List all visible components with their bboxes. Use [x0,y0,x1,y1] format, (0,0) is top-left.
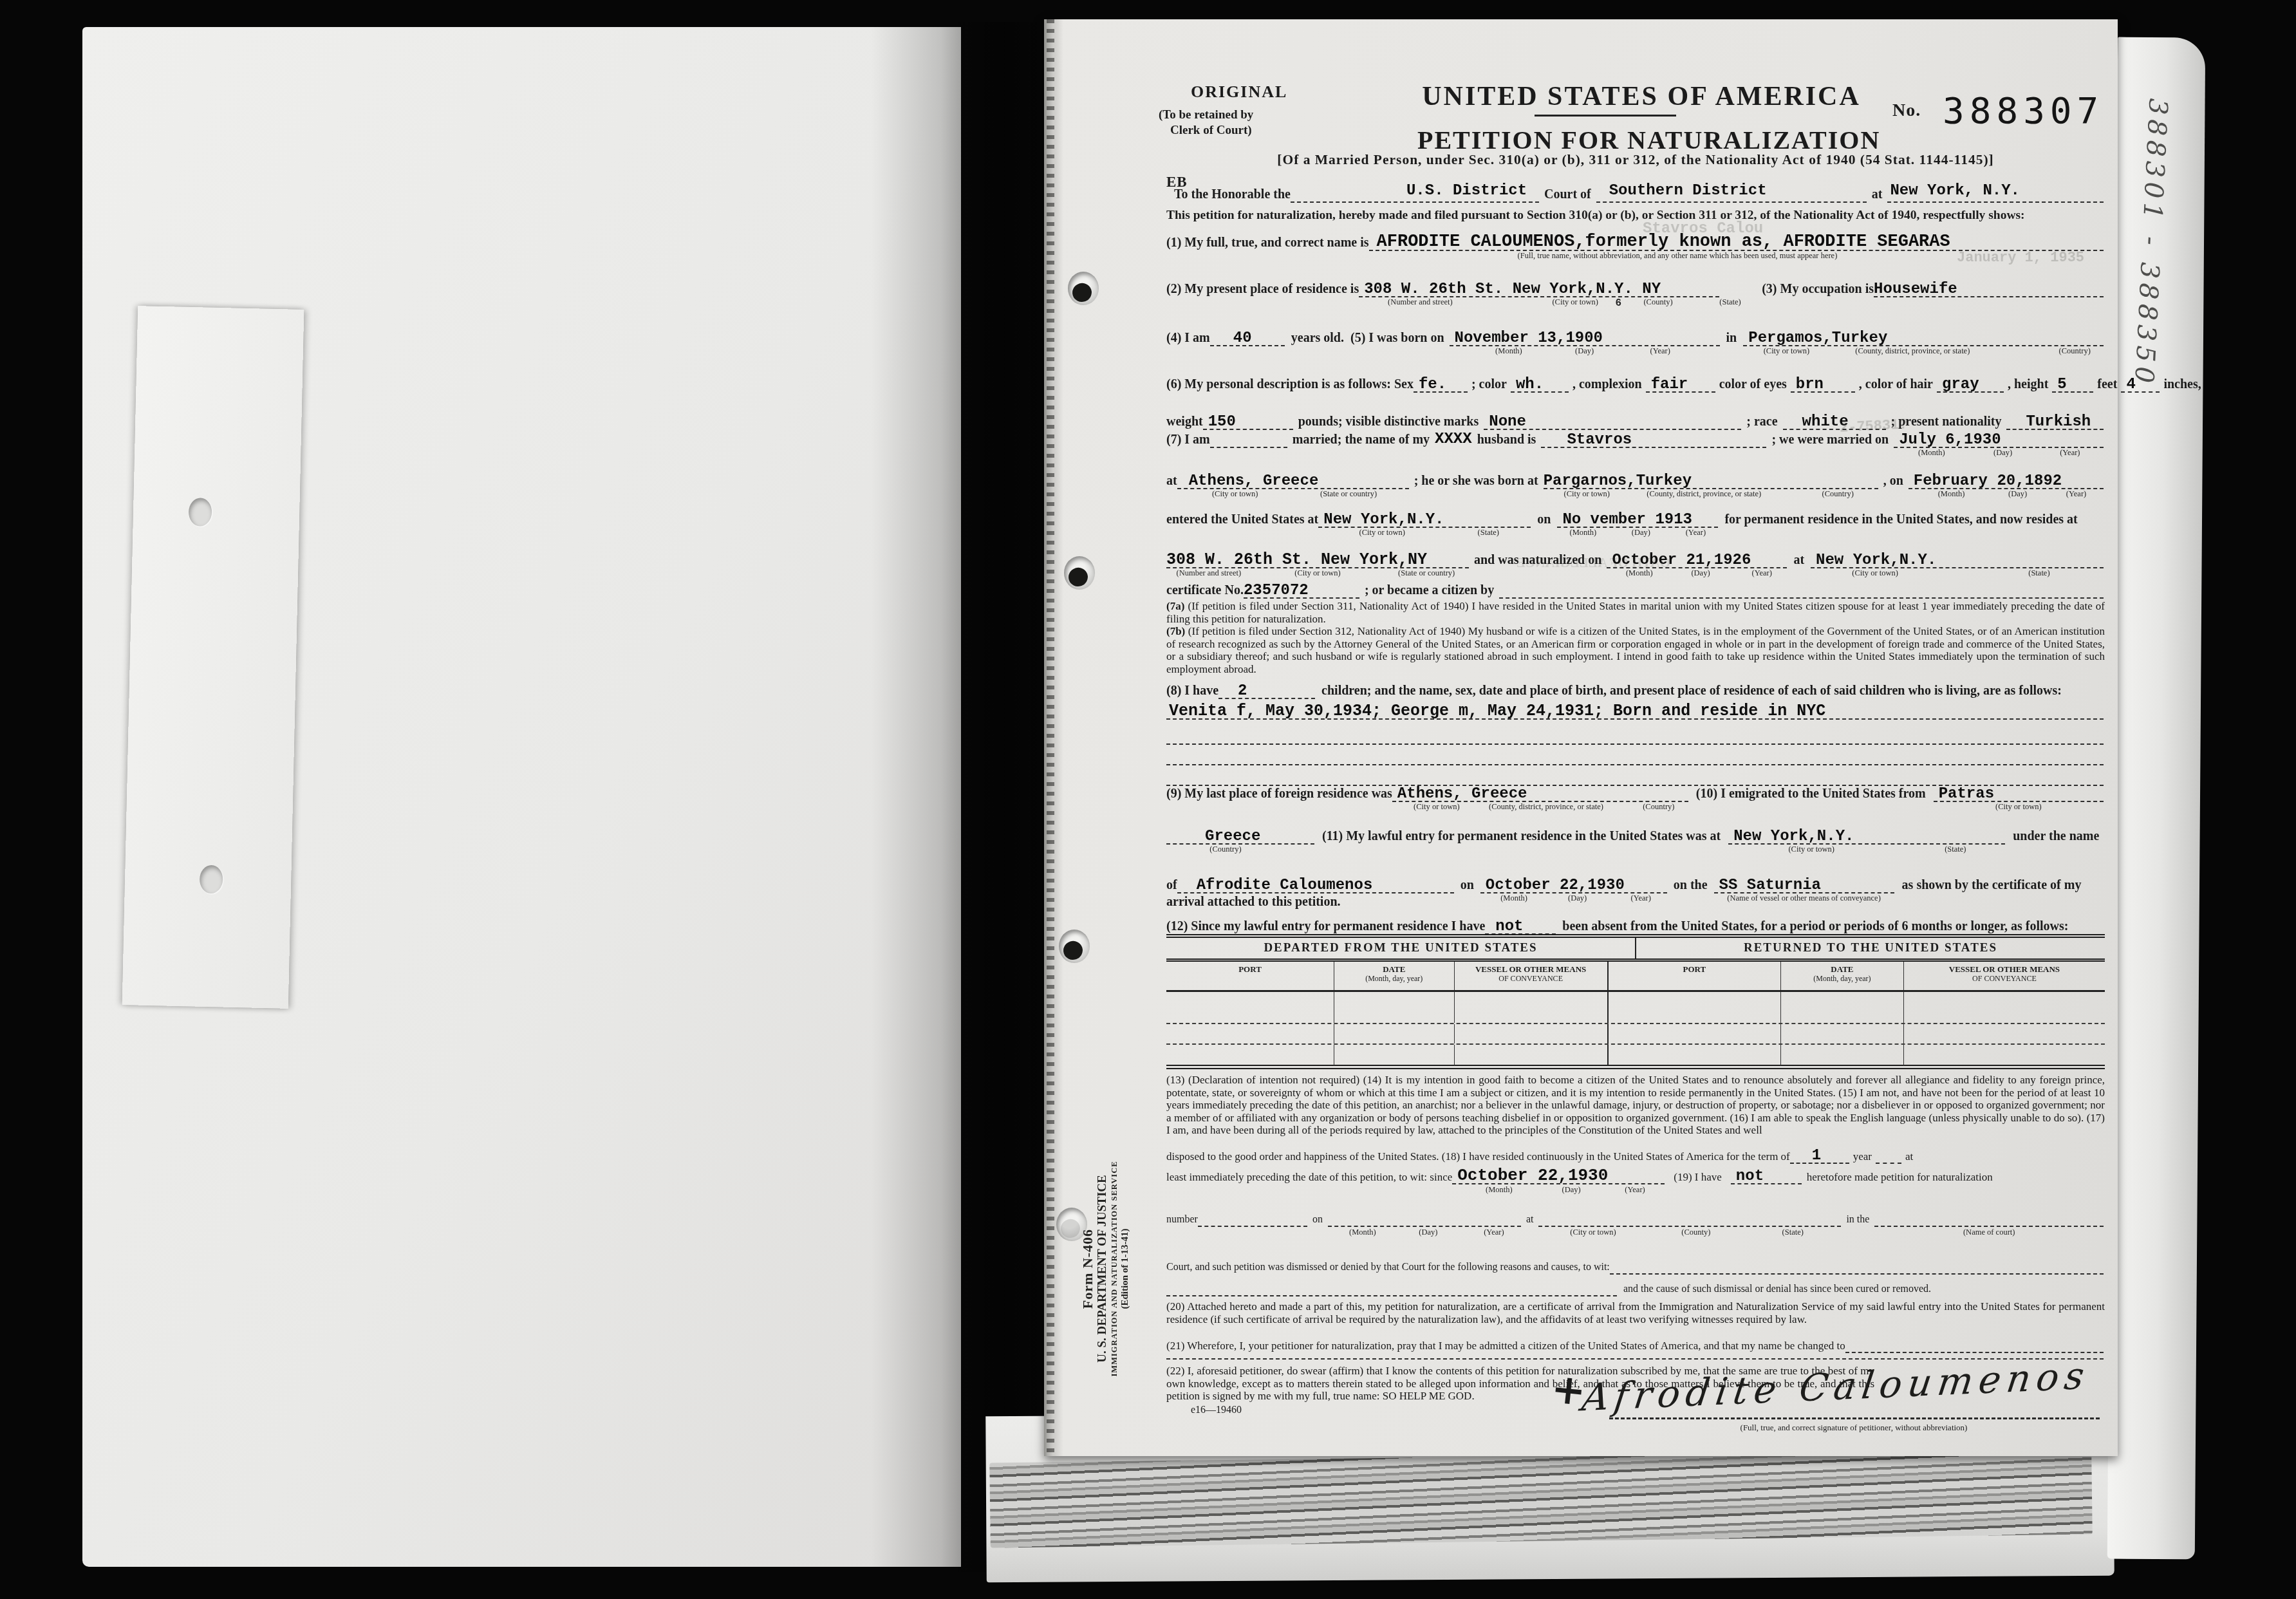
q8-children-line: Venita f, May 30,1934; George m, May 24,… [1166,700,2104,720]
q7a-prefix: (7a) [1166,600,1184,612]
q20-block: (20) Attached hereto and made a part of … [1166,1300,2105,1325]
q5-sub-city: (City or town) [1764,346,1810,356]
print-code: e16—19460 [1191,1405,1242,1416]
q4-age: 40 [1233,330,1252,347]
q9-line: (9) My last place of foreign residence w… [1166,783,2104,802]
petition-number-label: No. [1892,100,1921,121]
q11-vessel-sub: (Name of vessel or other means of convey… [1727,893,1880,903]
petitioner-signature: Afrodite Caloumenos [1580,1354,2093,1420]
col-date-right: DATE(Month, day, year) [1781,962,1904,990]
q7-or-label: ; or became a citizen by [1359,582,1499,599]
retained-note-2: Clerk of Court) [1170,124,1252,138]
q10-country: Greece [1205,828,1260,845]
q7-on2: on [1531,511,1557,528]
q7-at2: at [1787,552,1811,568]
q5-sub-province: (County, district, province, or state) [1855,346,1970,356]
q13-17-block: (13) (Declaration of intention not requi… [1166,1074,2105,1137]
q11-vessel-label: on the [1667,877,1714,893]
q19c-line: Court, and such petition was dismissed o… [1166,1258,2104,1275]
department-name: U. S. DEPARTMENT OF JUSTICE [1096,1147,1110,1390]
court-line: To the Honorable the U.S. District Court… [1166,183,2104,203]
q1-line: (1) My full, true, and correct name is A… [1166,232,2104,251]
q11-line: Greece (Country) (11) My lawful entry fo… [1166,825,2104,845]
q6-sex: fe. [1419,376,1446,393]
q7-mdate-field: July 6,1930 (Month) (Day) (Year) [1894,429,2104,448]
edition-note: (Edition of 1-13-41) [1119,1147,1131,1390]
q7-sub-state1: (State or country) [1320,489,1377,499]
page-title: PETITION FOR NATURALIZATION [1417,125,1868,155]
q12-post: been absent from the United States, for … [1556,918,2068,935]
q9-sub-country: (Country) [1643,802,1674,812]
q6-label: (6) My personal description is as follow… [1166,376,1414,393]
q5-birthplace: Pergamos,Turkey [1748,330,1887,347]
q19b-sub-court: (Name of court) [1963,1228,2015,1237]
q7b-text: (If petition is filed under Section 312,… [1166,625,2105,675]
court-name-field: U.S. District [1291,184,1539,203]
title-rule [1535,115,1676,117]
q7-nat-place: New York,N.Y. [1816,552,1936,569]
q11-post: under the name [2005,828,2099,845]
q18b-pre: least immediately preceding the date of … [1166,1170,1452,1184]
court-place-field: New York, N.Y. [1887,184,2104,203]
returned-header: RETURNED TO THE UNITED STATES [1636,938,2105,958]
q6-weight: 150 [1208,413,1236,431]
q1-sublabel: (Full, true name, without abbreviation, … [1518,251,1838,261]
q19b-sub-m: (Month) [1349,1228,1376,1237]
q7-struck: XXXX [1435,431,1472,448]
q7-entered-post: for permanent residence in the United St… [1718,511,2077,528]
q12-line: (12) Since my lawful entry for permanent… [1166,915,2104,935]
q8-children-field: Venita f, May 30,1934; George m, May 24,… [1166,701,2104,720]
col-port-left: PORT [1166,962,1334,990]
q5-birthplace-field: Pergamos,Turkey (City or town) (County, … [1743,328,2104,346]
q7-entry-place: New York,N.Y. [1323,511,1444,528]
col-date-left-l1: DATE [1383,964,1405,974]
q7-sub-country2: (Country) [1822,489,1854,499]
q7-entered-label: entered the United States at [1166,511,1318,528]
q6-nationality: Turkish [2026,413,2091,431]
punch-hole [1064,556,1095,590]
q2-line: (2) My present place of residence is 308… [1166,278,2104,297]
q5-sub-day: (Day) [1575,346,1594,356]
punch-hole [1059,930,1090,963]
q19b-inthe: in the [1841,1213,1874,1227]
court-name-value: U.S. District [1406,182,1527,200]
departed-header: DEPARTED FROM THE UNITED STATES [1166,938,1636,958]
q7-sub-y3: (Year) [1686,528,1706,538]
q19b-sub-d: (Day) [1419,1228,1437,1237]
q7-cert-label: certificate No. [1166,582,1244,599]
q19d-fill [1166,1280,1617,1296]
q7-sub-y: (Year) [2060,448,2080,458]
q11-sub-city: (City or town) [1788,845,1834,854]
form-number: Form N-406 [1080,1147,1096,1390]
q4-age-field: 40 [1210,328,1285,346]
q7-mplace: Athens, Greece [1189,472,1319,490]
q6-pounds-label: pounds; visible distinctive marks [1293,413,1484,430]
q10-value: Patras [1939,785,1994,803]
q11-tail: arrival attached to this petition. [1166,895,1341,910]
q6-marks: None [1489,413,1526,431]
q4-line: (4) I am 40 years old. (5) I was born on… [1166,327,2104,346]
q4-pre: (4) I am [1166,330,1210,346]
q4-mid: years old. [1285,330,1350,346]
q7-on: , on [1878,472,1909,489]
punch-hole [1068,272,1099,305]
q11-value: New York,N.Y. [1733,828,1854,845]
ghost-text: January 1, 1935 [1957,250,2084,266]
q19b-sub-county: (County) [1681,1228,1710,1237]
q7-sub-city5: (City or town) [1852,568,1898,578]
q19b-court-field: (Name of court) [1874,1211,2104,1227]
q6-c2: , complexion [1569,376,1646,393]
q6-race-label: ; race [1741,413,1782,430]
q6-complexion: fair [1651,376,1688,393]
q7-line1: (7) I am married; the name of my XXXX hu… [1166,429,2104,448]
absence-table-groups: DEPARTED FROM THE UNITED STATES RETURNED… [1166,938,2105,962]
q7-cert: 2357072 [1244,582,1309,599]
q18-pre: disposed to the good order and happiness… [1166,1150,1790,1164]
q8-count: 2 [1238,682,1247,700]
q7-sub-city2: (City or town) [1563,489,1610,499]
tab-range-handwriting: 388301 - 388350 [2129,98,2173,388]
original-label: ORIGINAL [1191,82,1287,102]
q7-sub-street4: (Number and street) [1176,568,1241,578]
q19c-text: Court, and such petition was dismissed o… [1166,1260,1610,1275]
col-vessel-right: VESSEL OR OTHER MEANSOF CONVEYANCE [1904,962,2105,990]
q2-value: 308 W. 26th St. New York,N.Y. NY [1364,281,1661,298]
q9-pre: (9) My last place of foreign residence w… [1166,785,1392,802]
q6-line2: weight 150 pounds; visible distinctive m… [1166,411,2104,430]
q7-sub-city3: (City or town) [1359,528,1406,538]
q5-dob: November 13,1900 [1455,330,1603,347]
q7-citizen-by-field [1499,583,2104,599]
q8-pre: (8) I have [1166,682,1218,699]
retained-note-1: (To be retained by [1159,108,1253,122]
q19-post: heretofore made petition for naturalizat… [1802,1170,1993,1184]
q5-sub-country: (Country) [2059,346,2091,356]
q6-c4: , color of hair [1855,376,1937,393]
q11-name: Afrodite Caloumenos [1197,877,1373,894]
q7-sub-m: (Month) [1918,448,1945,458]
q7-sub-city4: (City or town) [1294,568,1341,578]
q2-sub-city: (City or town) [1552,297,1598,307]
q18b-sub-y: (Year) [1625,1185,1645,1195]
q8-children: Venita f, May 30,1934; George m, May 24,… [1169,702,1825,720]
blank-rule [1166,743,2104,745]
q6-inches-label: inches, [2160,376,2201,393]
q2-sub-state: (State) [1719,297,1741,307]
intro-line: This petition for naturalization, hereby… [1166,209,2025,223]
q7-address: 308 W. 26th St. New York,NY [1166,550,1427,569]
q7-sub-y2: (Year) [2066,489,2086,499]
q18-year: year [1849,1150,1876,1164]
q7-sub-m2: (Month) [1938,489,1965,499]
q18-line: disposed to the good order and happiness… [1166,1147,2104,1164]
q7b-paragraph: (7b) (If petition is filed under Section… [1166,625,2105,675]
q11-on: on [1454,877,1480,893]
q10-sub: (City or town) [1995,802,2042,812]
signature-sublabel: (Full, true, and correct signature of pe… [1741,1423,1968,1433]
q10-pre: (10) I emigrated to the United States fr… [1688,785,1934,802]
q7-sub-d2: (Day) [2008,489,2027,499]
q7-sdob-field: February 20,1892 (Month) (Day) (Year) [1909,471,2104,489]
q11-pre: (11) My lawful entry for permanent resid… [1314,828,1728,845]
q18-at: at [1901,1150,1913,1164]
q7a-text: (If petition is filed under Section 311,… [1166,600,2105,625]
scanned-document-root: 388301 - 388350 Form N-406 U. S. DEPARTM… [0,0,2296,1599]
q7-husband-label: husband is [1472,431,1542,448]
q7-sub-state3: (State) [1478,528,1499,538]
q7-label: (7) I am [1166,431,1210,448]
punch-hole [200,865,223,894]
petition-number-value: 388307 [1943,90,2104,132]
q7-sub-state5: (State) [2028,568,2049,578]
q3-label: (3) My occupation is [1719,281,1874,297]
col-port-right: PORT [1609,962,1781,990]
q8-line: (8) I have 2 children; and the name, sex… [1166,680,2104,699]
binding-stitch-edge [1044,19,1063,1456]
signature-rule [1609,1417,2100,1419]
q18b-sub-d: (Day) [1562,1185,1580,1195]
col-vessel-right-l1: VESSEL OR OTHER MEANS [1949,964,2060,974]
act-citation: [Of a Married Person, under Sec. 310(a) … [1166,152,2105,168]
q2-sub-county: (County) [1643,297,1672,307]
q19b-number: number [1166,1213,1198,1227]
q7-sub-y4: (Year) [1751,568,1771,578]
q7-sub-prov2: (County, district, province, or state) [1647,489,1761,499]
q18b-line: least immediately preceding the date of … [1166,1168,2104,1184]
q6-weight-label: weight [1166,413,1203,430]
q6-c5: , height [2004,376,2052,393]
q7-sub-m3: (Month) [1570,528,1597,538]
left-blank-page [82,27,961,1567]
q19-value: not [1736,1168,1764,1185]
q5-label: (5) I was born on [1350,330,1450,346]
q7-sub-d: (Day) [1993,448,2012,458]
q21-text: (21) Wherefore, I, your petitioner for n… [1166,1339,1845,1353]
q19b-sub-city: (City or town) [1570,1228,1616,1237]
col-vessel-left: VESSEL OR OTHER MEANSOF CONVEYANCE [1455,962,1609,990]
q6-color: wh. [1516,376,1544,393]
q6-eyes: brn [1796,376,1824,393]
q7-line3: entered the United States at New York,N.… [1166,509,2104,528]
q7-sub-d3: (Day) [1632,528,1650,538]
punch-hole [189,498,212,527]
col-vessel-right-l2: OF CONVEYANCE [1904,974,2105,984]
petition-form-page: Form N-406 U. S. DEPARTMENT OF JUSTICE I… [1044,19,2118,1456]
q19b-on: on [1307,1213,1328,1227]
col-vessel-left-l1: VESSEL OR OTHER MEANS [1475,964,1586,974]
q19d-text: and the cause of such dismissal or denia… [1617,1282,1931,1296]
col-date-left-l2: (Month, day, year) [1334,974,1454,984]
q7-line5: certificate No. 2357072 ; or became a ci… [1166,582,2104,599]
q19-label: (19) I have [1665,1170,1731,1184]
q11-sub-y: (Year) [1631,893,1651,903]
q8-post: children; and the name, sex, date and pl… [1315,682,2062,699]
q6-nationality-field: Turkish [2006,411,2104,430]
q7-spouse: Stavros [1567,431,1632,449]
q5-sub-month: (Month) [1495,346,1522,356]
ghost-text-mirrored: OATH OF ALLEGIANCE [1517,555,1670,571]
q19c-fill [1610,1258,2104,1275]
stacked-page-edges [989,1450,2092,1548]
q7-sub-city1: (City or town) [1212,489,1258,499]
q2-field: 308 W. 26th St. New York,N.Y. NY (Number… [1359,279,1719,297]
q18-value: 1 [1812,1147,1821,1164]
q7a-q7b-block: (7a) (If petition is filed under Section… [1166,600,2105,675]
q7-line2: at Athens, Greece (City or town) (State … [1166,470,2104,489]
q5-in: in [1720,330,1744,346]
form-identity-sidebar: Form N-406 U. S. DEPARTMENT OF JUSTICE I… [1080,1147,1131,1390]
q7-sub-state4: (State or country) [1398,568,1455,578]
absence-table: DEPARTED FROM THE UNITED STATES RETURNED… [1166,934,2105,1069]
q7-sub-d4: (Day) [1691,568,1710,578]
service-name: IMMIGRATION AND NATURALIZATION SERVICE [1110,1147,1119,1390]
q9-sub-city: (City or town) [1414,802,1460,812]
at-label: at [1867,186,1888,203]
q18b-sub-m: (Month) [1486,1185,1513,1195]
q11-sub-m: (Month) [1500,893,1527,903]
file-tab: 388301 - 388350 [2107,37,2206,1560]
absence-table-columns: PORT DATE(Month, day, year) VESSEL OR OT… [1166,962,2105,992]
country-title: UNITED STATES OF AMERICA [1416,81,1867,112]
q7-entry-date: No vember 1913 [1562,511,1692,528]
binding-gutter-shadow [941,22,1050,1572]
table-row [1166,1045,2105,1065]
q3-value: Housewife [1874,281,1957,298]
col-date-right-l1: DATE [1831,964,1853,974]
col-date-left: DATE(Month, day, year) [1334,962,1455,990]
q10-country-sub: (Country) [1209,845,1241,854]
q18b-date: October 22,1930 [1457,1166,1608,1185]
q9-sub-prov: (County, district, province, or state) [1489,802,1603,812]
q2-sub-street: (Number and street) [1388,297,1453,307]
col-date-right-l2: (Month, day, year) [1781,974,1903,984]
q6-feet-label: feet [2093,376,2121,393]
q7-natplace-field: New York,N.Y. (City or town) (State) [1811,550,2104,568]
q21-line: (21) Wherefore, I, your petitioner for n… [1166,1336,2104,1353]
q10-field: Patras (City or town) [1934,783,2104,802]
q12-value: not [1495,918,1523,935]
q6-c1: ; color [1468,376,1511,393]
court-place-value: New York, N.Y. [1890,182,2020,200]
q19b-sub-y: (Year) [1484,1228,1504,1237]
q11-of: of [1166,877,1177,893]
q5-dob-field: November 13,1900 (Month) (Day) (Year) [1450,328,1720,346]
q21-fill [1845,1337,2104,1353]
q9-value: Athens, Greece [1397,785,1527,803]
q7-at: at [1166,472,1177,489]
q2-label: (2) My present place of residence is [1166,281,1359,297]
district-value: Southern District [1609,182,1767,200]
q19b-sub-state: (State) [1782,1228,1804,1237]
q6-c3: color of eyes [1715,376,1791,393]
q7-born-label: ; he or she was born at [1409,472,1544,489]
blank-rule [1166,764,2104,765]
q19b-at: at [1521,1213,1539,1227]
q11-sub-state: (State) [1945,845,1966,854]
ghost-text: Stavros Calou [1643,220,1763,238]
q3-field: Housewife [1874,279,2104,297]
q12-pre: (12) Since my lawful entry for permanent… [1166,918,1485,935]
paper-strip [122,306,304,1009]
q7-sbirthplace: Pargarnos,Turkey [1544,472,1692,490]
q7-mdate: July 6,1930 [1899,431,2001,449]
q1-label: (1) My full, true, and correct name is [1166,234,1369,251]
q7a-paragraph: (7a) (If petition is filed under Section… [1166,600,2105,625]
district-field: Southern District [1596,184,1867,203]
court-pre: To the Honorable the [1166,186,1291,203]
q11-sub-d: (Day) [1568,893,1587,903]
q11b-line: of Afrodite Caloumenos on October 22,193… [1166,874,2104,893]
q7-sdob: February 20,1892 [1914,472,2062,490]
court-of-label: Court of [1539,186,1596,203]
q19b-line: number on (Month) (Day) (Year) at (City … [1166,1210,2104,1227]
q11-post2: as shown by the certificate of my [1894,877,2082,893]
table-row [1166,1024,2105,1045]
q7b-prefix: (7b) [1166,625,1185,637]
q11-date: October 22,1930 [1486,877,1625,894]
q2-stray-digit: 6 [1616,297,1622,309]
q6-feet: 5 [2057,376,2066,393]
q11-vessel: SS Saturnia [1719,877,1821,894]
q6-line1: (6) My personal description is as follow… [1166,373,2104,393]
q19d-line: and the cause of such dismissal or denia… [1166,1280,2104,1296]
col-vessel-left-l2: OF CONVEYANCE [1455,974,1607,984]
q6-hair: gray [1942,376,1979,393]
q7-married-label: married; the name of my [1287,431,1435,448]
table-row [1166,992,2105,1024]
q5-sub-year: (Year) [1650,346,1670,356]
q6-inches: 4 [2126,376,2135,393]
